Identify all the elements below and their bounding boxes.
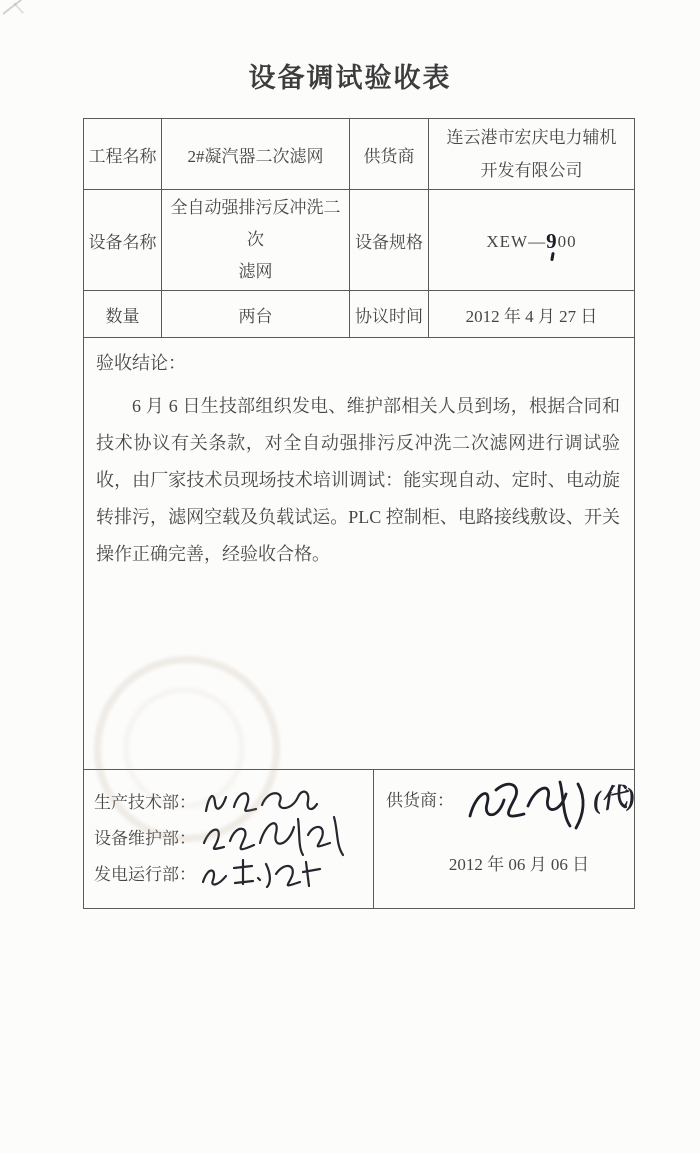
- field-agreement-date-value: 2012 年 4 月 27 日: [429, 291, 635, 338]
- supplier-label: 供货商：: [386, 786, 454, 811]
- table-row: 数量 两台 协议时间 2012 年 4 月 27 日: [84, 291, 635, 338]
- field-agreement-date-label: 协议时间: [350, 291, 429, 338]
- scan-artifact-mark: [13, 2, 24, 14]
- spec-suffix: 00: [558, 232, 577, 251]
- supplier-name-line: 开发有限公司: [433, 154, 630, 187]
- signature-note-daishu: (代): [590, 776, 637, 817]
- conclusion-cell: 验收结论： 6 月 6 日生技部组织发电、维护部相关人员到场，根据合同和技术协议…: [84, 338, 635, 770]
- signoff-cell: 生产技术部： 设备维护部：: [84, 770, 635, 909]
- departments-signoff: 生产技术部： 设备维护部：: [84, 770, 374, 908]
- signature-supplier: [462, 770, 592, 834]
- field-spec-value: XEW—900: [429, 190, 635, 291]
- conclusion-heading: 验收结论：: [96, 348, 620, 378]
- field-project-name-value: 2#凝汽器二次滤网: [162, 119, 350, 190]
- scanned-document-page: 设备调试验收表 工程名称 2#凝汽器二次滤网 供货商 连云港市宏庆电力辅机 开发…: [0, 0, 700, 1153]
- field-supplier-label: 供货商: [350, 119, 429, 190]
- spec-handwritten-correction: 9: [546, 229, 558, 254]
- spec-prefix: XEW—: [486, 232, 546, 251]
- acceptance-form-table: 工程名称 2#凝汽器二次滤网 供货商 连云港市宏庆电力辅机 开发有限公司 设备名…: [83, 118, 635, 909]
- field-project-name-label: 工程名称: [84, 119, 162, 190]
- conclusion-text: 6 月 6 日生技部组织发电、维护部相关人员到场，根据合同和技术协议有关条款，对…: [96, 388, 620, 573]
- dept-label: 发电运行部：: [94, 860, 196, 885]
- signoff-section: 生产技术部： 设备维护部：: [84, 770, 634, 908]
- equipment-name-line: 全自动强排污反冲洗二次: [166, 192, 345, 256]
- signature-equipment-maintenance: [200, 815, 350, 857]
- dept-label: 设备维护部：: [94, 824, 196, 849]
- field-quantity-label: 数量: [84, 291, 162, 338]
- signature-power-operation: [200, 856, 335, 888]
- table-row: 验收结论： 6 月 6 日生技部组织发电、维护部相关人员到场，根据合同和技术协议…: [84, 338, 635, 770]
- signature-production-tech: [200, 783, 320, 817]
- page-title: 设备调试验收表: [0, 56, 700, 95]
- supplier-name-line: 连云港市宏庆电力辅机: [433, 121, 630, 154]
- field-supplier-value: 连云港市宏庆电力辅机 开发有限公司: [429, 119, 635, 190]
- dept-line-equipment-maintenance: 设备维护部：: [94, 818, 373, 854]
- table-row: 生产技术部： 设备维护部：: [84, 770, 635, 909]
- field-quantity-value: 两台: [162, 291, 350, 338]
- supplier-sign-date: 2012 年 06 月 06 日: [374, 850, 634, 875]
- equipment-name-line: 滤网: [166, 256, 345, 288]
- supplier-signoff: 供货商： (代) 2012 年 06 月 06 日: [374, 770, 634, 908]
- table-row: 工程名称 2#凝汽器二次滤网 供货商 连云港市宏庆电力辅机 开发有限公司: [84, 119, 635, 190]
- table-row: 设备名称 全自动强排污反冲洗二次 滤网 设备规格 XEW—900: [84, 190, 635, 291]
- dept-line-production-tech: 生产技术部：: [94, 782, 373, 818]
- dept-label: 生产技术部：: [94, 788, 196, 813]
- field-equipment-name-label: 设备名称: [84, 190, 162, 291]
- field-equipment-name-value: 全自动强排污反冲洗二次 滤网: [162, 190, 350, 291]
- field-spec-label: 设备规格: [350, 190, 429, 291]
- dept-line-power-operation: 发电运行部：: [94, 854, 373, 890]
